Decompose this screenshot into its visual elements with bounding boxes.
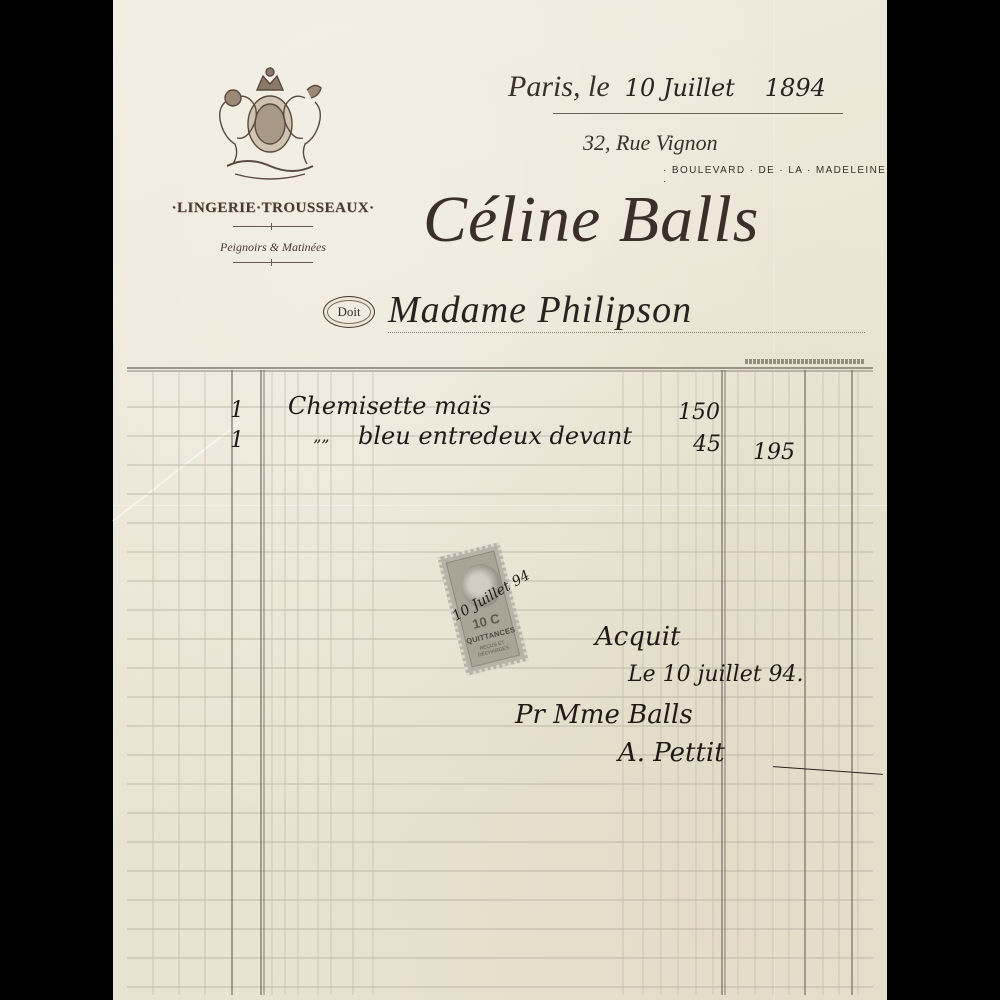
receipt-per-pro: Pr Mme Balls	[515, 700, 693, 730]
date-underline	[553, 113, 843, 114]
trade-heading: ·LINGERIE·TROUSSEAUX·	[153, 200, 393, 217]
coat-of-arms-icon	[195, 62, 345, 192]
receipt-date: Le 10 juillet 94.	[628, 662, 804, 687]
ornament-divider	[233, 262, 313, 263]
ditto-mark: ””	[313, 436, 329, 455]
item-qty: 1	[230, 398, 244, 423]
item-qty: 1	[230, 428, 244, 453]
ornament-divider	[233, 226, 313, 227]
year: 1894	[765, 74, 826, 102]
invoice-paper: ·LINGERIE·TROUSSEAUX· Peignoirs & Matiné…	[113, 0, 887, 1000]
customer-name: Madame Philipson	[388, 288, 788, 332]
doit-badge: Doit	[323, 296, 375, 328]
item-description: Chemisette maïs	[288, 392, 491, 420]
street-address: 32, Rue Vignon	[583, 130, 863, 156]
customer-underline	[388, 332, 865, 333]
handwritten-date: 10 Juillet	[625, 74, 735, 102]
item-amount: 150	[678, 400, 720, 425]
invoice-total: 195	[753, 440, 795, 465]
place-date-line: Paris, le 10 Juillet 1894	[508, 70, 848, 104]
specialties-subheading: Peignoirs & Matinées	[153, 240, 393, 255]
item-amount: 45	[693, 432, 721, 457]
receipt-acquit: Acquit	[595, 622, 681, 652]
printer-imprint	[745, 359, 865, 364]
item-description: bleu entredeux devant	[358, 422, 632, 450]
place-label: Paris, le	[508, 70, 610, 103]
merchant-name: Céline Balls	[423, 182, 873, 258]
receipt-signatory: A. Pettit	[618, 738, 725, 768]
